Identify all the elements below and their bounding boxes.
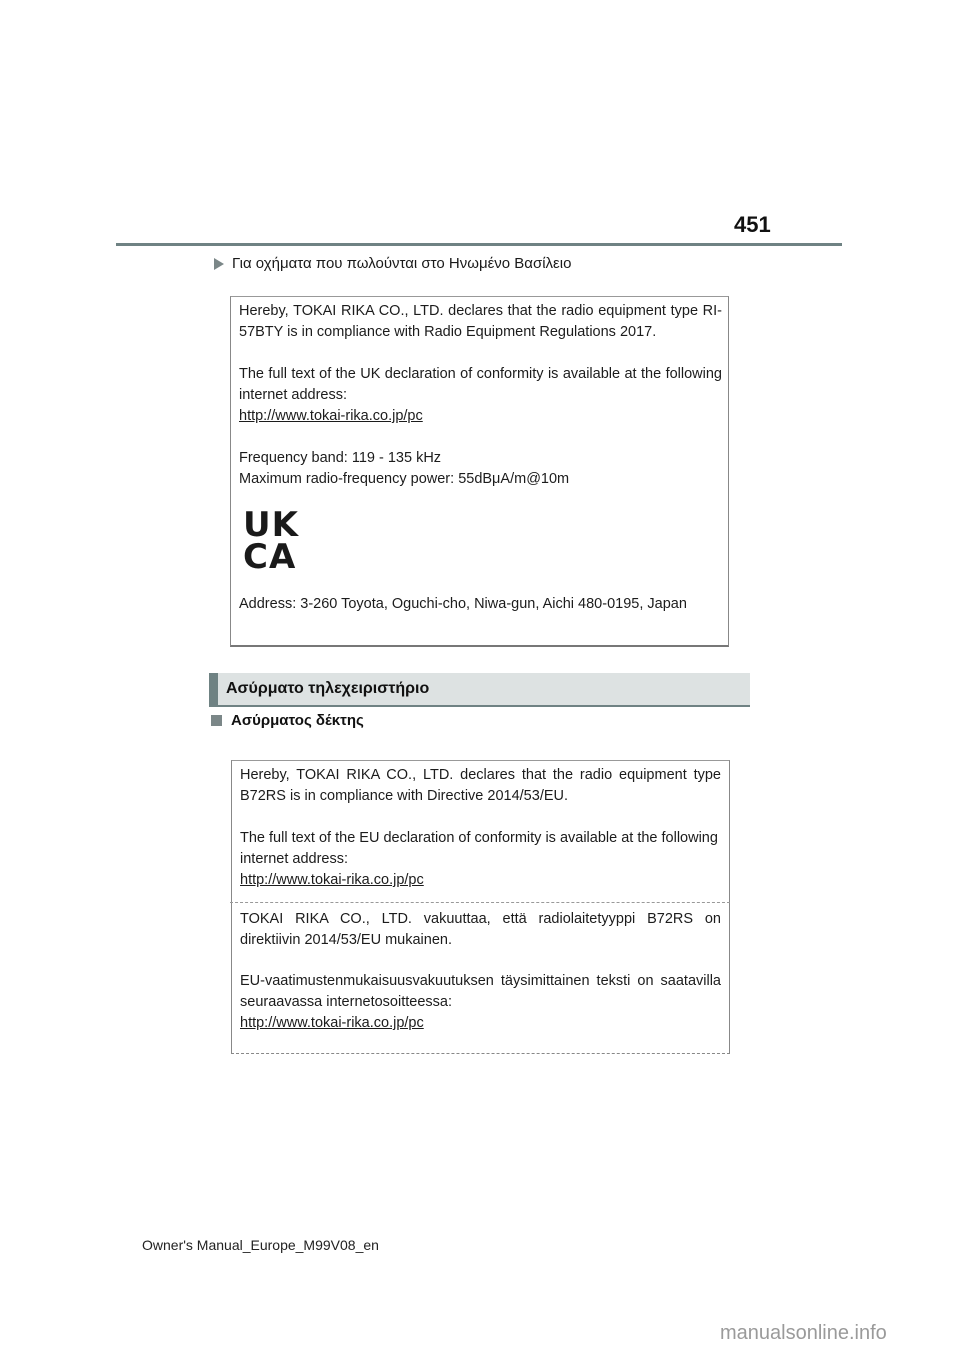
uk-declaration-statement: Hereby, TOKAI RIKA CO., LTD. declares th… <box>239 301 722 343</box>
section-accent <box>209 673 218 705</box>
subsection-title: Ασύρματος δέκτης <box>231 712 364 729</box>
language-divider <box>230 902 730 903</box>
fi-declaration-statement: TOKAI RIKA CO., LTD. vakuuttaa, että rad… <box>240 909 721 951</box>
square-bullet-icon <box>211 715 222 726</box>
uk-declaration-box: Hereby, TOKAI RIKA CO., LTD. declares th… <box>230 296 729 647</box>
subsection-heading: Ασύρματος δέκτης <box>211 712 364 729</box>
section-title-bar: Ασύρματο τηλεχειριστήριο <box>209 673 750 707</box>
ukca-mark-line2: CA <box>243 541 299 573</box>
triangle-bullet-icon <box>214 258 224 270</box>
uk-address: Address: 3-260 Toyota, Oguchi-cho, Niwa-… <box>239 594 722 615</box>
eu-declaration-box: Hereby, TOKAI RIKA CO., LTD. declares th… <box>231 760 730 1054</box>
page-number: 451 <box>734 212 771 238</box>
uk-declaration-link[interactable]: http://www.tokai-rika.co.jp/pc <box>239 406 722 427</box>
watermark: manualsonline.info <box>720 1322 887 1345</box>
header-rule <box>116 243 842 246</box>
uk-declaration-availability: The full text of the UK declaration of c… <box>239 364 722 406</box>
uk-frequency-band: Frequency band: 119 - 135 kHz <box>239 448 722 469</box>
ukca-mark-icon: UK CA <box>243 509 299 573</box>
uk-subheading-text: Για οχήματα που πωλούνται στο Ηνωμένο Βα… <box>232 255 571 272</box>
fi-declaration-link[interactable]: http://www.tokai-rika.co.jp/pc <box>240 1013 721 1034</box>
uk-max-power: Maximum radio-frequency power: 55dBμA/m@… <box>239 469 722 490</box>
eu-declaration-availability: The full text of the EU declaration of c… <box>240 828 721 870</box>
fi-declaration-availability: EU-vaatimustenmukaisuusvakuutuksen täysi… <box>240 971 721 1013</box>
section-title: Ασύρματο τηλεχειριστήριο <box>226 680 429 698</box>
uk-subheading: Για οχήματα που πωλούνται στο Ηνωμένο Βα… <box>214 255 571 272</box>
eu-declaration-link[interactable]: http://www.tokai-rika.co.jp/pc <box>240 870 721 891</box>
footer-manual-id: Owner's Manual_Europe_M99V08_en <box>142 1237 379 1253</box>
eu-declaration-statement: Hereby, TOKAI RIKA CO., LTD. declares th… <box>240 765 721 807</box>
